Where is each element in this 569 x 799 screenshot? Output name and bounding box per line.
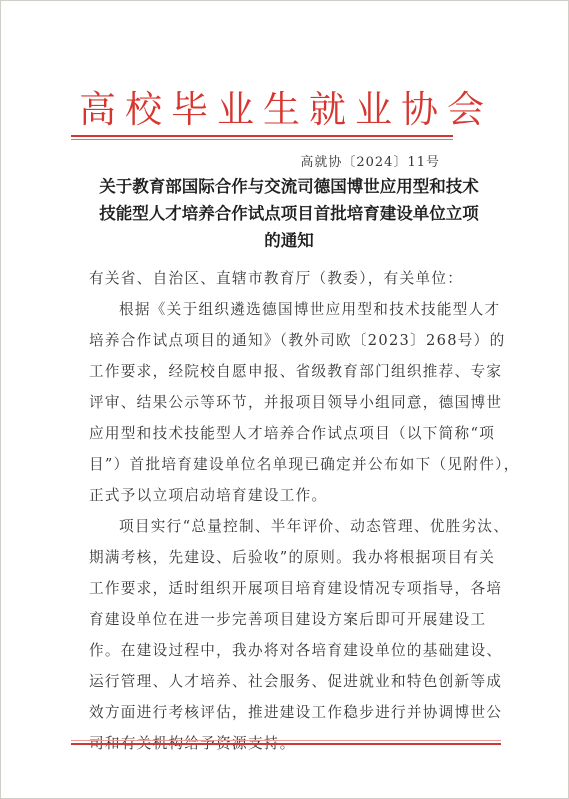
salutation: 有关省、自治区、直辖市教育厅（教委），有关单位： [89,263,481,294]
paragraph-line: 应用型和技术技能型人才培养合作试点项目（以下简称“项 [89,418,481,449]
paragraph-line: 根据《关于组织遴选德国博世应用型和技术技能型人才 [89,294,481,325]
paragraph-2: 项目实行“总量控制、半年评价、动态管理、优胜劣汰、 期满考核，先建设、后验收”的… [89,511,481,759]
red-rule-thin [71,139,453,140]
paragraph-line: 作。在建设过程中，我办将对各培育建设单位的基础建设、 [89,635,481,666]
paragraph-line: 效方面进行考核评估，推进建设工作稳步进行并协调博世公 [89,697,481,728]
red-rule-thick [71,135,453,137]
paragraph-line: 培养合作试点项目的通知》（教外司欧〔2023〕268号）的 [89,325,481,356]
red-rule-thick [71,743,501,745]
document-body: 有关省、自治区、直辖市教育厅（教委），有关单位： 根据《关于组织遴选德国博世应用… [89,263,481,759]
footer-red-rule [71,740,501,745]
paragraph-line: 运行管理、人才培养、社会服务、促进就业和特色创新等成 [89,666,481,697]
paragraph-line: 育建设单位在进一步完善项目建设方案后即可开展建设工 [89,604,481,635]
title-line: 关于教育部国际合作与交流司德国博世应用型和技术 [89,173,489,200]
paragraph-line: 正式予以立项启动培育建设工作。 [89,480,481,511]
paragraph-line: 期满考核，先建设、后验收”的原则。我办将根据项目有关 [89,542,481,573]
title-line: 技能型人才培养合作试点项目首批培育建设单位立项 [89,200,489,227]
masthead-title: 高校毕业生就业协会 [71,85,501,135]
document-title: 关于教育部国际合作与交流司德国博世应用型和技术 技能型人才培养合作试点项目首批培… [89,173,489,254]
paragraph-line: 评审、结果公示等环节，并报项目领导小组同意，德国博世 [89,387,481,418]
document-number: 高就协〔2024〕11号 [300,151,440,170]
title-line: 的通知 [89,227,489,254]
paragraph-line: 工作要求，适时组织开展项目培育建设情况专项指导，各培 [89,573,481,604]
masthead-red-rule [71,135,453,141]
red-rule-thin [71,740,501,741]
paragraph-line: 项目实行“总量控制、半年评价、动态管理、优胜劣汰、 [89,511,481,542]
paragraph-line: 目”）首批培育建设单位名单现已确定并公布如下（见附件）， [89,449,481,480]
paragraph-line: 工作要求，经院校自愿申报、省级教育部门组织推荐、专家 [89,356,481,387]
document-page: 高校毕业生就业协会 高就协〔2024〕11号 关于教育部国际合作与交流司德国博世… [0,0,569,799]
paragraph-1: 根据《关于组织遴选德国博世应用型和技术技能型人才 培养合作试点项目的通知》（教外… [89,294,481,511]
